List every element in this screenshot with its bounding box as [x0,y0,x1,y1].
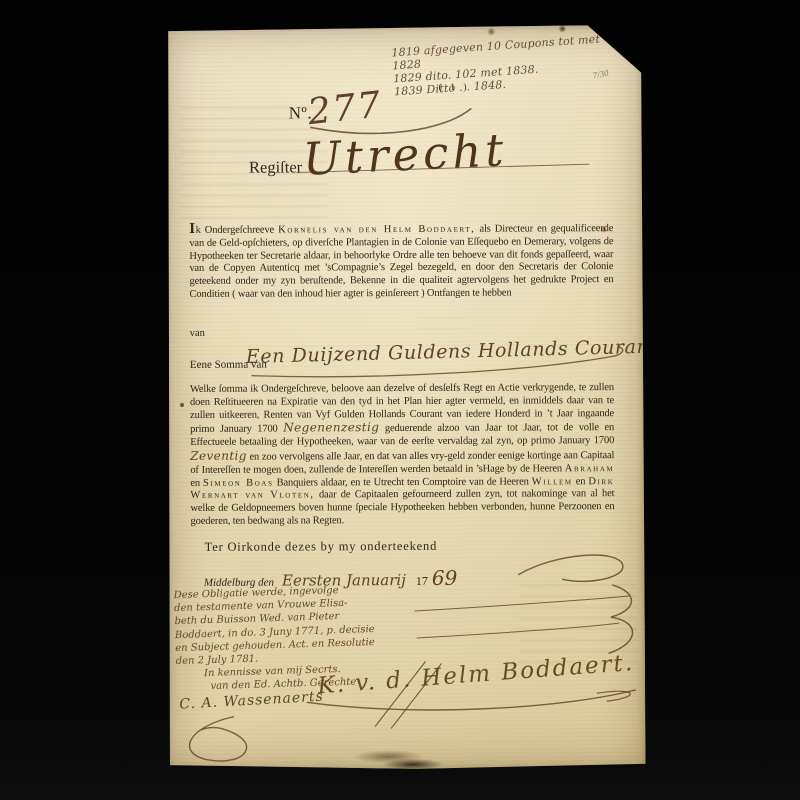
fold-crease [167,561,645,565]
ink-stain [558,25,566,32]
document-number-handwritten: 277 [306,84,385,133]
main-paragraph-1: Ik Ondergeſchreeve Kornelis van den Helm… [189,221,613,302]
edge-stain [384,759,442,770]
word-van: van [190,328,205,339]
margin-mark [180,403,184,407]
register-label: Regiſter [249,157,302,177]
sum-amount-handwritten: Een Duijzend Guldens Hollands Courant [246,336,658,368]
document-photo: 1819 afgegeven 10 Coupons tot met 182818… [0,0,800,800]
bleedthrough-area [418,318,466,330]
main-paragraph-2: Welke ſomma ik Ondergeſchreve, beloove a… [190,382,615,529]
signature-tail [597,691,630,701]
archival-note: 1819 afgegeven 10 Coupons tot met 182818… [391,31,630,99]
register-title-handwritten: Utrecht [302,123,509,186]
attestation-line: Ter Oirkonde dezes by my onderteekend [205,539,438,555]
page-number: ( 1 ) [439,83,470,93]
signature-loop-flourish [189,717,246,762]
ink-stain [486,28,496,36]
paper-sheet: 1819 afgegeven 10 Coupons tot met 182818… [164,25,645,771]
